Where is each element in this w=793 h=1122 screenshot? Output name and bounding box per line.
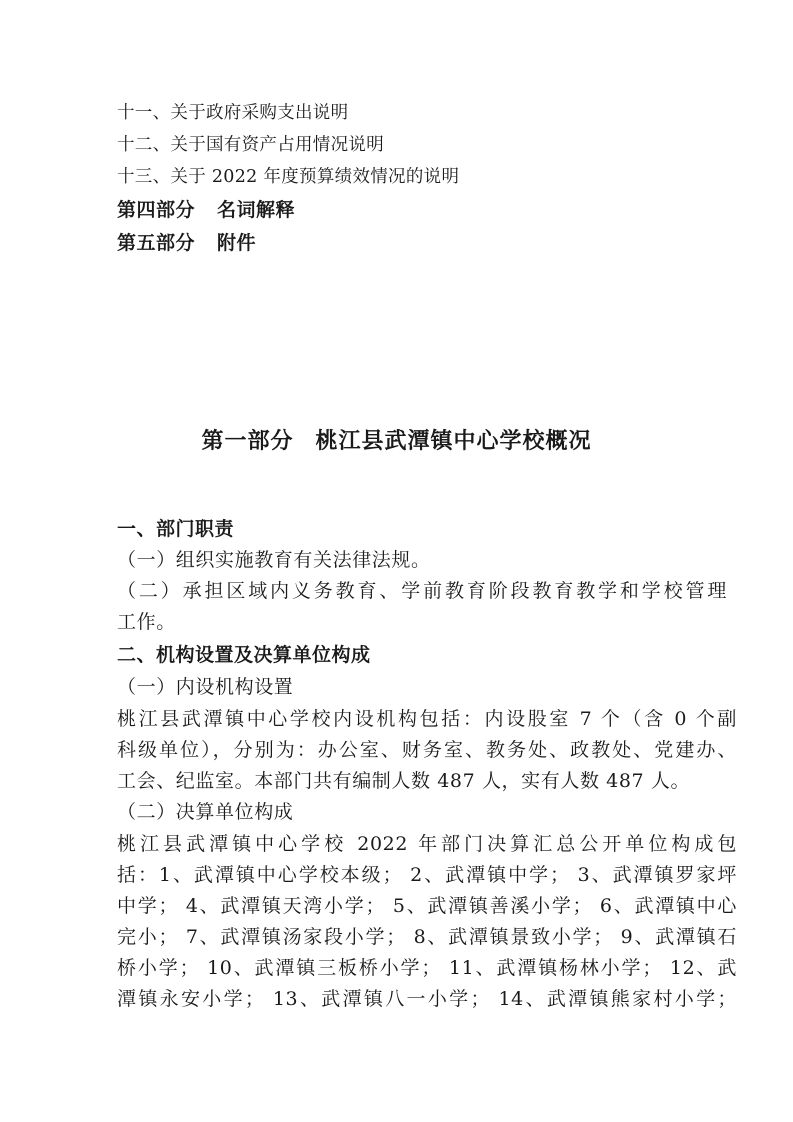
section-heading-structure: 二、机构设置及决算单位构成	[117, 640, 727, 670]
accounting-units-line-3: 中学； 4、武潭镇天湾小学； 5、武潭镇善溪小学； 6、武潭镇中心	[117, 891, 737, 921]
chapter-title: 第一部分桃江县武潭镇中心学校概况	[0, 426, 793, 458]
accounting-units-line-2: 括：1、武潭镇中心学校本级； 2、武潭镇中学； 3、武潭镇罗家坪	[117, 860, 737, 890]
chapter-name: 桃江县武潭镇中心学校概况	[316, 429, 592, 454]
accounting-units-line-1: 桃江县武潭镇中心学校 2022 年部门决算汇总公开单位构成包	[117, 829, 737, 859]
subsection-accounting-units: （二）决算单位构成	[117, 797, 727, 827]
subsection-internal-structure: （一）内设机构设置	[117, 672, 727, 702]
duty-item-2-line-2: 工作。	[117, 607, 727, 637]
toc-part-4-num: 第四部分	[117, 199, 195, 221]
toc-part-4: 第四部分名词解释	[117, 195, 727, 225]
toc-part-5-title: 附件	[217, 232, 256, 254]
internal-structure-line-1: 桃江县武潭镇中心学校内设机构包括：内设股室 7 个（含 0 个副	[117, 704, 737, 734]
toc-part-5-num: 第五部分	[117, 232, 195, 254]
internal-structure-line-2: 科级单位），分别为：办公室、财务室、教务处、政教处、党建办、	[117, 735, 737, 765]
accounting-units-line-5: 桥小学； 10、武潭镇三板桥小学； 11、武潭镇杨林小学； 12、武	[117, 953, 737, 983]
toc-item-12: 十二、关于国有资产占用情况说明	[117, 130, 727, 160]
section-heading-duties: 一、部门职责	[117, 514, 727, 544]
toc-part-5: 第五部分附件	[117, 228, 727, 258]
toc-part-4-title: 名词解释	[217, 199, 295, 221]
toc-item-11: 十一、关于政府采购支出说明	[117, 98, 727, 128]
internal-structure-line-3: 工会、纪监室。本部门共有编制人数 487 人，实有人数 487 人。	[117, 766, 727, 796]
accounting-units-line-6: 潭镇永安小学； 13、武潭镇八一小学； 14、武潭镇熊家村小学；	[117, 984, 737, 1014]
document-page: 十一、关于政府采购支出说明 十二、关于国有资产占用情况说明 十三、关于 2022…	[0, 0, 793, 1122]
accounting-units-line-4: 完小； 7、武潭镇汤家段小学； 8、武潭镇景致小学； 9、武潭镇石	[117, 922, 737, 952]
chapter-num: 第一部分	[201, 429, 293, 454]
toc-item-13: 十三、关于 2022 年度预算绩效情况的说明	[117, 162, 727, 192]
duty-item-1: （一）组织实施教育有关法律法规。	[117, 545, 727, 575]
duty-item-2-line-1: （二）承担区域内义务教育、学前教育阶段教育教学和学校管理	[117, 576, 727, 606]
